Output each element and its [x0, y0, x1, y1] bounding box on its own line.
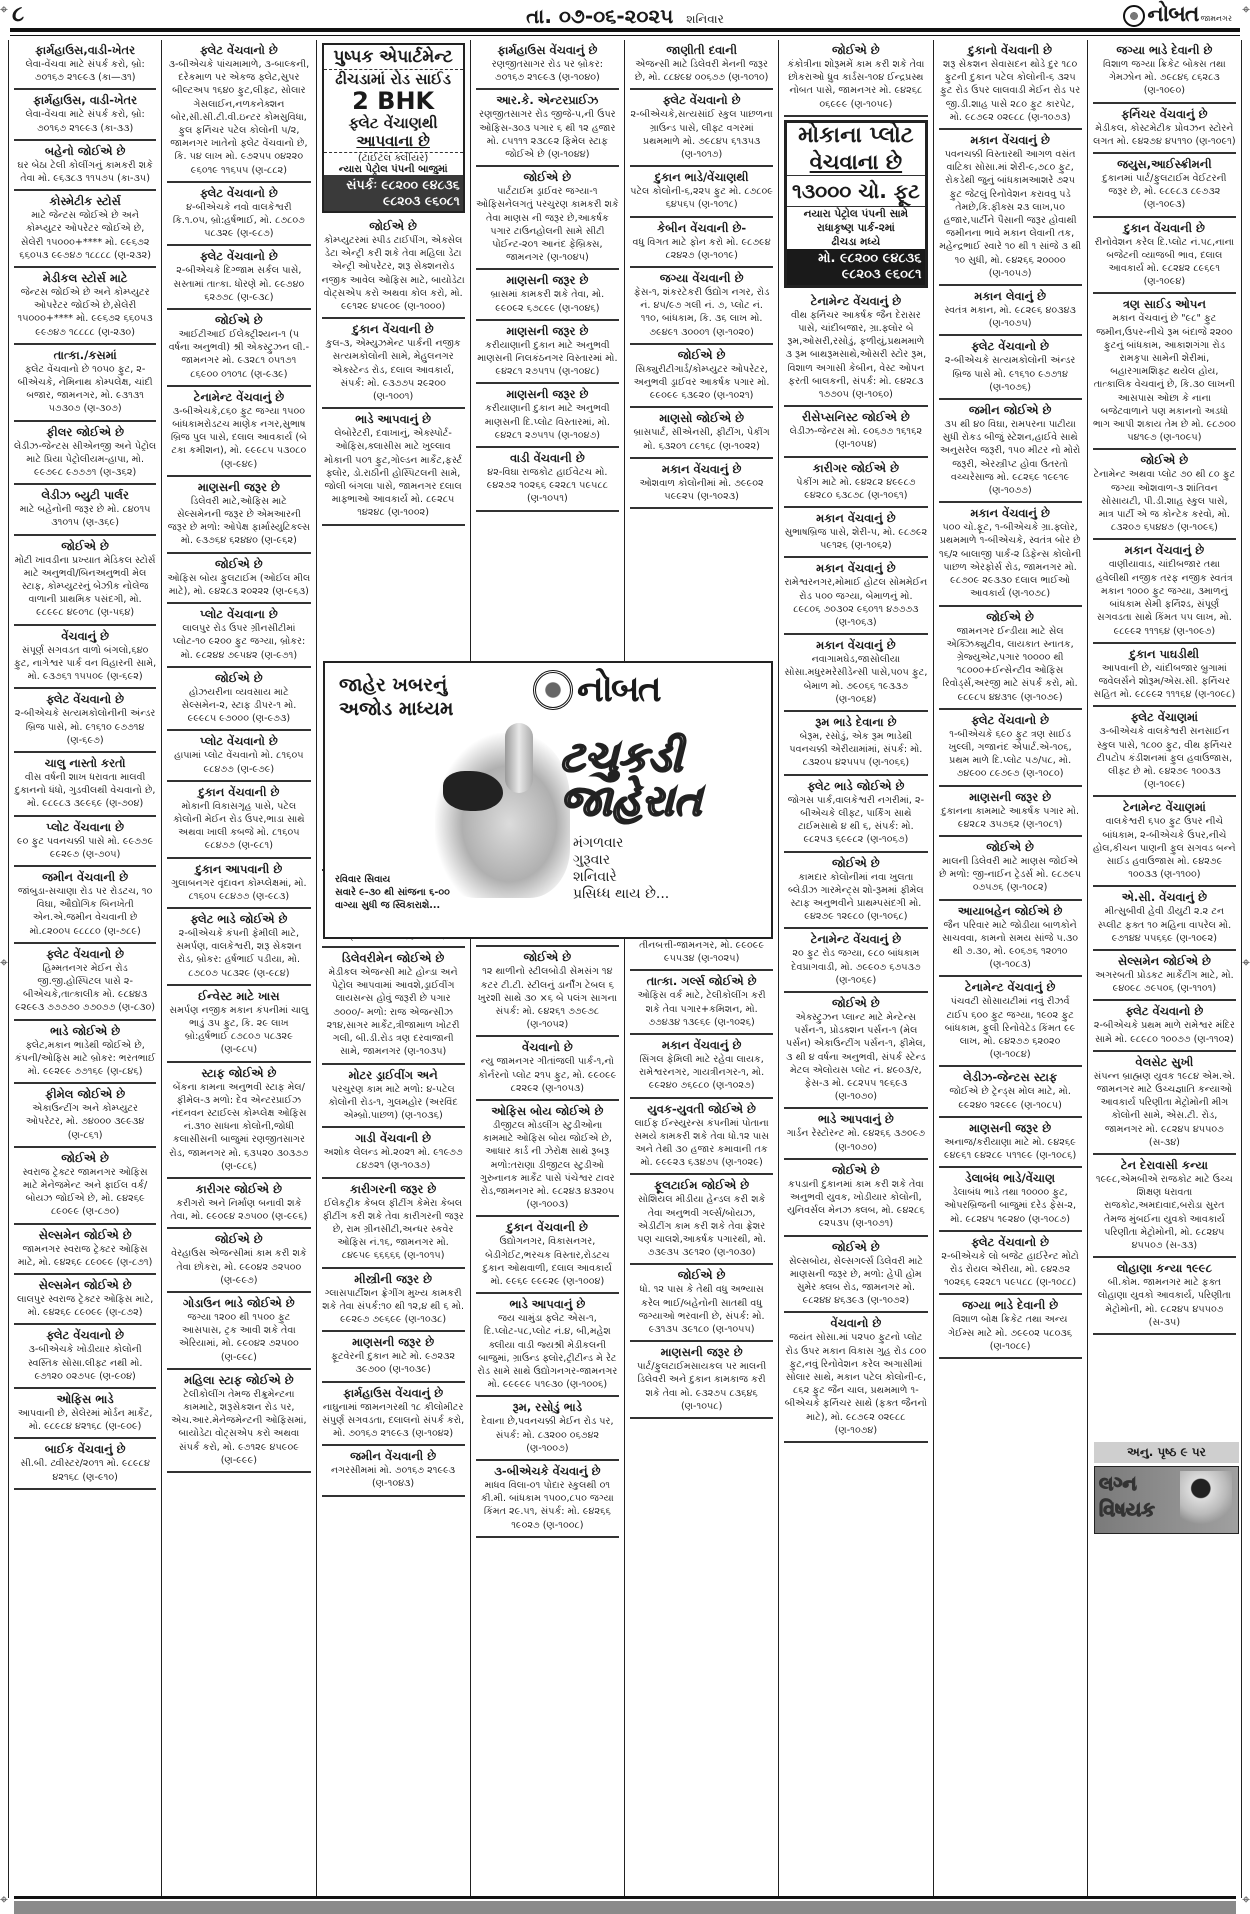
- ad-heading: ફ્લેટ વેંચવાનો છે: [630, 93, 773, 108]
- torn-paper-icon: [443, 771, 503, 811]
- ad-heading: ફીલર જોઈએ છે: [14, 425, 156, 440]
- ad-body: ઓશવાળ કોલોનીમાં મો. ૭૯૯૦૨ ૫૯૯૨૫ (ણ-૧૦૨૩): [630, 477, 773, 503]
- classified-ad: દુકાન ભાડે/વેંચાણથીપટેલ કોલોની-૬,૨૨૫ ફુટ…: [630, 167, 773, 217]
- ad-line: ઢીચડામાં રોડ સાઈડ: [324, 70, 463, 88]
- ad-body: સંપૂર્ણ સગવડત વાળો બંગલો,૬૪૦ ફુટ, નાગેશ્…: [14, 644, 156, 684]
- classified-ad: ટેનામેન્ટ વેંચાણમાંવાલકેશ્વરી ૬૫૦ ફુટ ઉપ…: [1093, 797, 1236, 887]
- classified-ad: રૂમ ભાડે દેવાના છેબેરૂમ, રસોડું, એક રૂમ …: [784, 712, 927, 776]
- classified-ad: ફ્લેટ વેંચવાનો છે૩-બીએચકે પાંચમામાળે, ૩-…: [167, 40, 310, 183]
- ad-heading: વેંચવાનું છે: [14, 629, 156, 644]
- ad-heading: બહેનો જોઈએ છે: [14, 144, 156, 159]
- brand-name: નોબત: [577, 669, 660, 711]
- ad-body: ઓફિસ વર્ક માટે, ટેલીકોલીંગ કરી શકે તેવા …: [630, 989, 773, 1029]
- ad-line: 2 BHK: [324, 88, 463, 114]
- ad-body: લેડીઝ-જેન્ટસ સીએનજી અને પેટ્રોલ માટે પ્ર…: [14, 440, 156, 480]
- classified-ad: જોઈએ છેવેરહાઉસ એજન્સીમાં કામ કરી શકે તેવ…: [167, 1229, 310, 1293]
- ad-body: રામેશ્વરનગર,મોમાઈ હોટલ સોમમેઈન રોડ ૫૦૦ જ…: [784, 576, 927, 629]
- ad-body: પવનચક્કી વિસ્તારથી આગળ વસંત વાટિકા સોસા.…: [939, 148, 1082, 280]
- ad-body: ૫૦૦ ચો.ફૂટ, ૧-બીએચકે ગ્રા.ફ્લોર, પ્રથમમા…: [939, 521, 1082, 600]
- ad-body: જયંત સોસા.માં ૫૨૫૦ ફુટનો પ્લોટ રોડ ઉપર મ…: [784, 1331, 927, 1437]
- classified-ad: જોઈએ છેધો. ૧૨ પાસ કે તેથી વધુ અભ્યાસ કરે…: [630, 1265, 773, 1342]
- ad-body: વીથ ફર્નિચર આકર્ષક જૈન દેરાસર પાસે, ચાંદ…: [784, 309, 927, 401]
- ad-body: ટેનામેન્ટ અથવા પ્લોટ ૭૦ થી ૮૦ ફુટ જગ્યા …: [1093, 468, 1236, 534]
- matrimonial-title: લગ્ન વિષયક: [1099, 1471, 1155, 1523]
- ad-body: ફ્લેટ વેંચવાનો છે ૧૦૫૦ ફુટ, ૨-બીએચકે, ને…: [14, 363, 156, 416]
- contact-phone: સંપર્કઃ ૯૮૨૦૦ ૯૪૮૩૬: [327, 177, 460, 193]
- ad-heading: ફૂલટાઈમ જોઈએ છે: [630, 1178, 773, 1193]
- classified-ad: મકાન વેંચવાનું છેઓશવાળ કોલોનીમાં મો. ૭૯૯…: [630, 459, 773, 509]
- promo-day: ગુરૂવાર: [573, 852, 669, 869]
- ad-body: જાંબુડા-સચાણા રોડ પર રોડટચ, ૧૦ વિઘા, ઔદ્…: [14, 885, 156, 938]
- classified-ad: જોઈએ છેસિક્યુરીટીગાર્ડ/કોમ્પ્યુટર ઓપરેટર…: [630, 345, 773, 409]
- logo-name: નોબત: [1147, 2, 1198, 27]
- classified-ad: મકાન વેંચવાનું છેસુભાષબ્રિજ પાસે, શેરી-૫…: [784, 508, 927, 558]
- classified-ad: ઓફિસ ભાડેઆપવાની છે, સેલેરમાં મોર્ડન માર્…: [14, 1389, 156, 1439]
- classified-ad: ફૂલટાઈમ જોઈએ છેસોશિયલ મીડીયા હેન્ડલ કરી …: [630, 1175, 773, 1265]
- ad-body: ડેલાબંધ ભાડે તથા ૧૦૦૦૦ ફુટ, ઓપરબ્રિજની બ…: [939, 1186, 1082, 1226]
- classified-ad: માણસની જરૂર છેકરીયાણાની દુકાન માટે અનુભવ…: [476, 321, 619, 385]
- ad-body: વાલકેશ્વરી ૬૫૦ ફુટ ઉપર નીચે બાંધકામ, ૨-બ…: [1093, 815, 1236, 881]
- ad-heading: જમીન વેંચવાની છે: [14, 870, 156, 885]
- ad-heading: ફાર્મહાઉસ વેંચવાનું છે: [322, 1386, 465, 1401]
- classified-ad: જોઈએ છેકપડાની દુકાનમાં કામ કરી શકે તેવા …: [784, 1160, 927, 1237]
- ad-heading: જોઈએ છે: [784, 996, 927, 1011]
- ad-heading: રૂમ ભાડે દેવાના છે: [784, 715, 927, 730]
- ad-body: ઓફિસ બોય ફુલટાઈમ (ઓઈલ મીલ માટે), મો. ૯૪૨…: [167, 572, 310, 598]
- classified-ad: દુકાન વેંચવાની છેઉદ્યોગનગર, વિકાસનગર, બે…: [476, 1217, 619, 1294]
- ad-body: ૪૨-વિઘા રાજકોટ હાઈવેટચ મો. ૯૪૨૭૨ ૧૦૨૬૬ ૯…: [476, 466, 619, 506]
- ad-body: બ્રાસપાર્ટ, સીએનસી, ફીટીંગ, પેકીંગ મો. ૬…: [630, 426, 773, 452]
- classified-ad: જોઈએ છેપાર્ટટાઈમ ડ્રાઈવર જગ્યા-૧ ઓફિસનેલ…: [476, 167, 619, 270]
- ad-heading: ઈન્વેસ્ટ માટે ખાસ: [167, 989, 310, 1004]
- ad-heading: ફ્લેટ ભાડે જોઈએ છે: [167, 912, 310, 927]
- ad-contact: સંપર્કઃ ૯૮૨૦૦ ૯૪૮૩૬ ૯૮૨૦૩ ૯૬૦૮૧: [324, 175, 463, 211]
- promo-line: જાહેર ખબરનું: [339, 673, 453, 697]
- promo-days: મંગળવાર ગુરૂવાર શનિવારે પ્રસિધ્ધ થાય છે.…: [573, 835, 669, 903]
- mokana-plot-ad: મોકાના પ્લોટ વેચવાના છે ૧૩૦૦૦ ચો. ફૂટ નય…: [784, 120, 927, 288]
- ad-line: નયારા પેટ્રોલ પંપની સામે: [787, 207, 924, 221]
- classified-ad: પ્લોટ વેંચવાના છે૯૦ ફુટ પવનચક્કી પાસે મો…: [14, 817, 156, 867]
- ad-line: ન્યારા પેટ્રોલ પંપની બાજુમાં: [324, 164, 463, 175]
- thumb-icon: [505, 723, 533, 793]
- ad-heading: ફ્લેટ વેંચવાનો છે: [167, 249, 310, 264]
- classified-ad: તાત્કા. ગર્લ્સ જોઈએ છેઓફિસ વર્ક માટે, ટે…: [630, 971, 773, 1035]
- column-6: જોઈએ છેકંકોત્રીના શોરૂમમેં કામ કરી શકે ત…: [779, 40, 933, 1898]
- contact-phone: ૯૮૨૦૩ ૯૬૦૮૧: [790, 267, 921, 283]
- ad-heading: વાડી વેંચવાની છે: [476, 451, 619, 466]
- ad-heading: ફ્લેટ વેંચવાનો છે: [14, 1328, 156, 1343]
- ad-heading: જયુસ,આઈસ્ક્રીમની: [1093, 157, 1236, 172]
- ad-heading: ટેન દેરાવાસી કન્યા: [1093, 1158, 1236, 1173]
- ad-heading: જોઈએ છે: [476, 950, 619, 965]
- ad-heading: જોઈએ છે: [784, 1240, 927, 1255]
- ad-title: પુષ્પક એપાર્ટમેન્ટ: [324, 45, 463, 70]
- ad-line: વેચવાના છે: [787, 149, 924, 176]
- ad-heading: જોઈએ છે: [630, 348, 773, 363]
- ad-heading: જોઈએ છે: [322, 219, 465, 234]
- promo-title-line: ટચુકડી: [560, 735, 702, 779]
- ad-title: મોકાના પ્લોટ: [787, 123, 924, 149]
- ad-body: પંચવટી સોસાયટીમાં નવું રીઝર્વ ટાઈપ ૬૦૦ ફ…: [939, 995, 1082, 1061]
- ad-heading: માણસની જરૂર છે: [322, 1335, 465, 1350]
- classified-ad: કેબીન વેંચવાની છે-વધુ વિગત માટે ફોન કરો …: [630, 218, 773, 268]
- ad-heading: જગ્યા ભાડે દેવાની છે: [939, 1298, 1082, 1313]
- ad-body: એકાઉન્ટીંગ અને કોમ્પ્યુટર ઓપરેટર, મો. ૭૪…: [14, 1102, 156, 1142]
- classified-ad: ફ્લેટ વેંચવાનો છે૨-બીએચકે લો બજેટ હાઈરેન…: [939, 1232, 1082, 1296]
- ad-body: ૩-બીએચકે,૮૬૦ ફુટ જગ્યા ૧૫૦૦ બાંધકામરોડટચ…: [167, 405, 310, 471]
- ad-body: ડીજીટલ મોડલીંગ સ્ટુડીઓના કામમાટે ઓફિસ બો…: [476, 1119, 619, 1211]
- ad-body: બેરૂમ, રસોડું, એક રૂમ ભાડેથી પવનચક્કી એર…: [784, 730, 927, 770]
- logo-city: જામનગર: [1201, 14, 1232, 24]
- classified-ad: જોઈએ છેકોમ્પ્યુટરમાં સ્પીડ ટાઈપીંગ, એક્સ…: [322, 216, 465, 319]
- registration-mark-icon: ⌖: [0, 955, 8, 971]
- ad-body: સુભાષબ્રિજ પાસે, શેરી-૫, મો. ૯૮૭૯૨ ૫૯૧૨૬…: [784, 526, 927, 552]
- classified-ad: ફીલર જોઈએ છેલેડીઝ-જેન્ટસ સીએનજી અને પેટ્…: [14, 422, 156, 486]
- ad-body: કુલ-૩, એમ્યુઝમેન્ટ પાર્કની નજીક સત્યમકોલ…: [322, 337, 465, 403]
- classified-ad: માણસની જરૂર છેડિલેવરી માટે,ઓફિસ માટે સેલ…: [167, 477, 310, 554]
- ad-heading: કેબીન વેંચવાની છે-: [630, 221, 773, 236]
- ad-heading: દુકાન ભાડે/વેંચાણથી: [630, 170, 773, 185]
- classified-ad: મકાન લેવાનું છેસ્વતંત્ર મકાન, મો. ૯૮૨૯૬ …: [939, 286, 1082, 336]
- classified-ad: જોઈએ છેસ્વરાજ ટ્રેક્ટર જામનગર ઓફિસ માટે …: [14, 1148, 156, 1225]
- ad-heading: સેલ્સમેન જોઈએ છે: [14, 1278, 156, 1293]
- classified-ad: ફ્લેટ વેંચવાનો છે૪-બીએચકે નવો વાલકેશ્વરી…: [167, 183, 310, 247]
- classified-ad: મેડીકલ સ્ટોર્સ માટેજેન્ટસ જોઈએ છે અને કો…: [14, 268, 156, 345]
- ad-heading: ફ્લેટ વેંચવાનો છે: [167, 43, 310, 58]
- classified-ad: જોઈએ છેટેનામેન્ટ અથવા પ્લોટ ૭૦ થી ૮૦ ફુટ…: [1093, 450, 1236, 540]
- promo-day: મંગળવાર: [573, 835, 669, 852]
- ad-body: ૧૯૯૮,એમબીએ રાજકોટ માટે ઉચ્ચ શિક્ષણ ધરાવત…: [1093, 1173, 1236, 1252]
- ad-body: બી.કોમ. જામનગર માટે ફક્ત લોહાણા યુવકો આવ…: [1093, 1276, 1236, 1329]
- classified-ad: જોઈએ છે૧૨ થાળીનો સ્ટીલબોડી સેમસંગ ૧૪ કટર…: [476, 947, 619, 1037]
- classified-ad: ફ્લેટ વેંચવાનો છે૨-બીએચકે દિગ્જામ સર્કલ …: [167, 246, 310, 310]
- classified-ad: ઓફિસ બોય જોઈએ છેડીજીટલ મોડલીંગ સ્ટુડીઓના…: [476, 1101, 619, 1217]
- ad-heading: સેલ્સમેન જોઈએ છે: [1093, 954, 1236, 969]
- ad-body: ગ્લાસપાર્ટીશન ફ્રેગીંગ મુખ્ય કામકરી શકે …: [322, 1287, 465, 1327]
- ad-line: ફ્લેટ વેંચાણથી: [324, 114, 463, 132]
- ad-heading: જોઈએ છે: [784, 43, 927, 58]
- ad-area: ૧૩૦૦૦ ચો. ફૂટ: [787, 176, 924, 207]
- ad-heading: કારીગરની જરૂર છે: [322, 1182, 465, 1197]
- ad-heading: માણસની જરૂર છે: [167, 480, 310, 495]
- ad-heading: મોટર ડ્રાઈવીંગ અને: [322, 1068, 465, 1083]
- ad-body: ગાર્ડન રેસ્ટોરન્ટ મો. ૯૪૨૬૬ ૩૭૦૯૭ (ણ-૧૦૭…: [784, 1127, 927, 1153]
- ad-heading: મહિલા સ્ટાફ જોઈએ છે: [167, 1373, 310, 1388]
- ad-heading: જગ્યા ભાડે દેવાની છે: [1093, 43, 1236, 58]
- classified-ad: સ્ટાફ જોઈએ છેબેંકના કામના અનુભવી સ્ટાફ મ…: [167, 1063, 310, 1179]
- classified-ad: ફ્લેટ ભાડે જોઈએ છેજોગસ પાર્ક,વાલકેશ્વરી …: [784, 776, 927, 853]
- classified-ad: વેંચવાનો છેન્યુ જામનગર ગીતાંજલી પાર્ક-૧,…: [476, 1037, 619, 1101]
- classified-ad: ગોડાઉન ભાડે જોઈએ છેજગ્યા ૧૨૦૦ થી ૧૫૦૦ ફુ…: [167, 1293, 310, 1370]
- classified-ad: ફ્લેટ વેંચવાનો છે૨-બીએચકે સત્યમકોલોની અં…: [939, 336, 1082, 400]
- ad-body: લાઈફ ઈન્સ્યુરન્સ કંપનીમાં પોતાના સમયે કા…: [630, 1117, 773, 1170]
- classified-ad: ભાડે આપવાનું છેજય ચામુંડા ફ્લેટ એસ-૧, દિ…: [476, 1294, 619, 1397]
- ad-heading: ટેનામેન્ટ વેંચવાનું છે: [784, 932, 927, 947]
- registration-mark-icon: ⌖: [0, 1892, 8, 1908]
- ad-body: શરૂ સેકશન સેવાસદન થોડે દુર ૧૮૦ ફુટની દુક…: [939, 58, 1082, 124]
- classified-ad: માણસની જરૂર છેફૂટવેરની દુકાન માટે મો. ૯૭…: [322, 1332, 465, 1382]
- ad-body: દુકાનમાં પાર્ટ/ફુલટાઈમ વેઈટરની જરૂર છે, …: [1093, 172, 1236, 212]
- classified-ad: મકાન વેંચવાનું છે૫૦૦ ચો.ફૂટ, ૧-બીએચકે ગ્…: [939, 503, 1082, 606]
- classified-ad: બહેનો જોઈએ છેઘર બેઠા ટેલી કોલીંગનું કામક…: [14, 141, 156, 191]
- ad-heading: જોઈએ છે: [1093, 453, 1236, 468]
- ad-heading: જમીન વેંચવાની છે: [322, 1449, 465, 1464]
- ad-heading: લેડીઝ બ્યુટી પાર્લર: [14, 488, 156, 503]
- classified-ad: ભાડે જોઈએ છેફ્લેટ,મકાન ભાડેથી જોઈએ છે, ક…: [14, 1021, 156, 1085]
- ad-heading: સેલ્સમેન જોઈએ છે: [14, 1228, 156, 1243]
- ad-heading: દુકાનો વેંચવાની છે: [939, 43, 1082, 58]
- classified-ad: લેડીઝ બ્યુટી પાર્લરમાટે બહેનોની જરૂર છે …: [14, 485, 156, 535]
- ad-heading: મકાન વેંચવાનું છે: [630, 462, 773, 477]
- classified-ad: ફાર્મહાઉસ વેંચવાનું છેરણજીતસાગર રોડ પર બ…: [476, 40, 619, 90]
- ad-body: આઈટીઆઈ ઈલેક્ટ્રીશ્યન-૧ (૫ વર્ષના અનુભવી)…: [167, 328, 310, 381]
- ad-body: ૪-બીએચકે નવો વાલકેશ્વરી કિ.૧.૦૫, બ્રો:હર…: [167, 201, 310, 241]
- ad-body: પાર્ટટાઈમ ડ્રાઈવર જગ્યા-૧ ઓફિસનેલગતું પર…: [476, 185, 619, 264]
- classified-ad: દુકાન વેંચવાની છેમોકાની વિકાસગૃહ પાસે, પ…: [167, 782, 310, 859]
- classified-ad: જોઈએ છેઆઈટીઆઈ ઈલેક્ટ્રીશ્યન-૧ (૫ વર્ષના …: [167, 310, 310, 387]
- ad-body: ૯૦ ફુટ પવનચક્કી પાસે મો. ૯૯૭૭૯ ૯૯૨૯૭ (ણ-…: [14, 835, 156, 861]
- ad-body: ગુલાબનગર વૃંદાવન કોમ્પ્લેક્ષમાં, મો. ૮૧૬…: [167, 877, 310, 903]
- classified-ad: ફાર્મહાઉસ, વાડી-ખેતરલેવા-વેંચવા માટે સંપ…: [14, 90, 156, 140]
- ad-body: ૩૫ થી ૪૦ વિઘા, રામપરના પાટીયા સુધી રોકડ …: [939, 418, 1082, 497]
- ad-body: લેબોરેટરી, દવાખાનું, એક્સ્પોર્ટ-ઓફિસ,ક્લ…: [322, 427, 465, 519]
- ad-heading: ટેનામેન્ટ વેંચવાનું છે: [167, 390, 310, 405]
- nobat-classified-promo: જાહેર ખબરનું અજોડ માધ્યમ નોબત ટચુકડી જાહ…: [323, 661, 773, 939]
- classified-ad: કારીગરની જરૂર છેઈલેકટ્રીક કેબલ ફીટીંગ કે…: [322, 1179, 465, 1269]
- ad-body: કોમ્પ્યુટરમાં સ્પીડ ટાઈપીંગ, એક્સેલ ડેટા…: [322, 234, 465, 313]
- ad-heading: ફીમેલ જોઈએ છે: [14, 1087, 156, 1102]
- classified-ad: કારીગર જોઈએ છેકરીગરો અને નિર્માણ બનાવી શ…: [167, 1179, 310, 1229]
- ad-body: સંપન્ન બ્રાહ્મણ યુવક ૧૯૮૪ એમ.એ. જામનગર મ…: [1093, 1070, 1236, 1149]
- ad-body: પટેલ કોલોની-૬,૨૨૫ ફુટ મો. ૮૭૮૦૯ ૬૪૫૬૫ (ણ…: [630, 185, 773, 211]
- classified-ad: જોઈએ છેમાલની ડિલેવરી માટે માણસ જોઈએ છે મ…: [939, 837, 1082, 901]
- ad-body: જોઈએ છે ટ્રેન્ડ્સ મોલ માટે, મો. ૯૯૨૪૦ ૧૨…: [939, 1085, 1082, 1111]
- ad-heading: એ.સી. વેંચવાનું છે: [1093, 890, 1236, 905]
- classified-ad: જોઈએ છેઓફિસ બોય ફુલટાઈમ (ઓઈલ મીલ માટે), …: [167, 554, 310, 604]
- ad-body: સ્વરાજ ટ્રેક્ટર જામનગર ઓફિસ માટે મેનેજમે…: [14, 1166, 156, 1219]
- ad-heading: ભાડે જોઈએ છે: [14, 1024, 156, 1039]
- ad-body: માલની ડિલેવરી માટે માણસ જોઈએ છે મળો: જી-…: [939, 855, 1082, 895]
- couple-illustration-icon: [1180, 1471, 1232, 1529]
- ad-body: વધુ વિગત માટે ફોન કરો મો. ૯૮૭૯૪ ૮૨૪૨૭ (ણ…: [630, 236, 773, 262]
- ad-body: ૨-બીએચકે સત્યમકોલોનીની અંન્ડર બ્રિજ પાસે…: [14, 707, 156, 747]
- ad-body: મેડીકલ, કોસ્ટમેટીક પ્રોવઝન સ્ટોરને લગત મ…: [1093, 122, 1236, 148]
- classified-ad: જગ્યા વેંચવાની છેફેસ-૧, શંકરટેકરી ઉદ્યોગ…: [630, 268, 773, 345]
- classified-ad: દુકાનો વેંચવાની છેશરૂ સેકશન સેવાસદન થોડે…: [939, 40, 1082, 130]
- ad-heading: જોઈએ છે: [784, 856, 927, 871]
- classified-ad: એ.સી. વેંચવાનું છેમીત્સુબીવી હેવી ડીયુટી…: [1093, 887, 1236, 951]
- classified-ad: બાઈક વેંચવાનું છેસી.બી. ટ્વીસ્ટર/૨૦૧૧ મો…: [14, 1439, 156, 1489]
- ad-body: ૨-બીએચકે સત્યમકોલોની અંન્ડર બ્રિજ પાસે મ…: [939, 354, 1082, 394]
- ad-heading: દુકાન પાઘડીથી: [1093, 647, 1236, 662]
- ad-body: દુકાનના કામમાટે આકર્ષક પગાર મો. ૯૪૨૮૨ ૩૫…: [939, 805, 1082, 831]
- classified-ad: ડેલાબંધ ભાડે/વેંચાણડેલાબંધ ભાડે તથા ૧૦૦૦…: [939, 1168, 1082, 1232]
- classified-ad: વેંચવાનો છેજયંત સોસા.માં ૫૨૫૦ ફુટનો પ્લો…: [784, 1313, 927, 1443]
- ad-heading: લેડીઝ-જેન્ટસ સ્ટાફ: [939, 1070, 1082, 1085]
- ad-heading: માણસની જરૂર છે: [630, 1345, 773, 1360]
- ad-body: ૨૦ ફુટ રોડ જગ્યા, ૯૮૦ બાંધકામ દેવપ્રાગવા…: [784, 947, 927, 987]
- ad-body: જગ્યા ૧૨૦૦ થી ૧૫૦૦ ફુટ આસપાસ, ટ્રક આવી શ…: [167, 1311, 310, 1364]
- ad-body: ટેલીકોલીંગ તેમજ રીક્રુમેન્ટના કામમાટે, શ…: [167, 1388, 310, 1467]
- header-rule: [10, 28, 1240, 32]
- ad-heading: માણસની જરૂર છે: [939, 790, 1082, 805]
- classified-ad: મકાન વેંચવાનું છેવાણીયાવાડ, ચાંદીબજાર તથ…: [1093, 540, 1236, 643]
- ad-body: દેવાના છે,પવનચક્કી મેઈન રોડ પર, સંપર્ક: …: [476, 1415, 619, 1455]
- ad-heading: ચાલુ નાસ્તો કરતો: [14, 756, 156, 771]
- promo-day: પ્રસિધ્ધ થાય છે...: [573, 886, 669, 903]
- classified-ad: દુકાન પાઘડીથીઆપવાની છે, ચાંદીબજાર બ્રુગા…: [1093, 644, 1236, 708]
- ad-heading: મીસ્ત્રીની જરૂર છે: [322, 1272, 465, 1287]
- classified-ad: ટેનામેન્ટ વેંચવાનું છે૨૦ ફુટ રોડ જગ્યા, …: [784, 929, 927, 993]
- matrimonial-section-banner: લગ્ન વિષયક: [1094, 1466, 1239, 1534]
- classified-ad: ફાર્મહાઉસ વેંચવાનું છેનાઘુનામાં જામનગરથી…: [322, 1383, 465, 1447]
- ad-body: મોકાની વિકાસગૃહ પાસે, પટેલ કોલોની મેઈન ર…: [167, 800, 310, 853]
- ad-body: માટે બહેનોની જરૂર છે મો. ૮૪૦૧૫ ૩૧૦૧૫ (ણ-…: [14, 503, 156, 529]
- classified-ad: મકાન વેંચવાનું છેસિંગલ ફેમિલી માટે રહેવા…: [630, 1035, 773, 1099]
- classified-ad: જોઈએ છેહોઝયરીના વ્યવસાય માટે સેલ્સમેન-૨,…: [167, 668, 310, 732]
- ad-body: રીનોવેશન કરેલ દિ.પ્લોટ નં.૫૮,નાના બજેટની…: [1093, 236, 1236, 289]
- classified-ad: જોઈએ છેજામનગર ઈન્ડીયા માટે સેલ એક્ઝિક્યુ…: [939, 607, 1082, 710]
- promo-note-line: રવિવાર સિવાય: [335, 873, 450, 886]
- footer-rule: [14, 1896, 1236, 1899]
- ad-heading: માણસો જોઈએ છે: [630, 411, 773, 426]
- classified-ad: માણસની જરૂર છેકરીયાણાની દુકાન માટે અનુભવ…: [476, 384, 619, 448]
- ad-body: ઉદ્યોગનગર, વિકાસનગર, બેડીગેઈટ,ભરચક વિસ્ત…: [476, 1235, 619, 1288]
- ad-body: બેંકના કામના અનુભવી સ્ટાફ મેલ/ફીમેલ-૩ મળ…: [167, 1081, 310, 1173]
- ad-body: ફેસ-૧, શંકરટેકરી ઉદ્યોગ નગર, રોડ નં. ૪૫/…: [630, 286, 773, 339]
- ad-body: ૨-બીએચકે લો બજેટ હાઈરેન્ટ મોટો રોડ રોયલ …: [939, 1250, 1082, 1290]
- matrimonial-title-line: લગ્ન: [1099, 1471, 1155, 1497]
- classified-ad: મકાન વેંચવાનું છેનવાગામઘેડ,જાસોલીયા સોસા…: [784, 635, 927, 712]
- classified-ad: આર.કે. એન્ટરપ્રાઈઝરણજીતસાગર રોડ જીજે-૫,ન…: [476, 90, 619, 167]
- ad-heading: જોઈએ છે: [630, 1268, 773, 1283]
- ad-heading: આયાબહેન જોઈએ છે: [939, 904, 1082, 919]
- ad-body: સ્વતંત્ર મકાન, મો. ૯૮૨૯૬ ૪૦૩૪૩ (ણ-૧૦૭૫): [939, 304, 1082, 330]
- ad-body: સિંગલ ફેમિલી માટે રહેવા લાયક, રામેશ્વરનગ…: [630, 1053, 773, 1093]
- classified-ad: ૩-બીએચકે વેંચવાનું છેમાધવ વિલા-૦૧ પોદાર …: [476, 1461, 619, 1538]
- classified-ad: રીસેપ્સનિસ્ટ જોઈએ છેલેડીઝ-જેન્ટસ મો. ૯૦૬…: [784, 407, 927, 457]
- classified-ad: ભાડે આપવાનું છેગાર્ડન રેસ્ટોરન્ટ મો. ૯૪૨…: [784, 1109, 927, 1159]
- ad-heading: ભાડે આપવાનું છે: [784, 1112, 927, 1127]
- ad-body: ઘર બેઠા ટેલી કોલીંગનું કામકરી શકે તેવા મ…: [14, 159, 156, 185]
- ad-heading: રીસેપ્સનિસ્ટ જોઈએ છે: [784, 410, 927, 425]
- continued-on-page-9: અનુ. પૃષ્ઠ ૯ પર: [1094, 1442, 1239, 1463]
- ad-heading: ભાડે આપવાનું છે: [476, 1297, 619, 1312]
- classified-ad: ગાડી વેંચવાની છેઅશોક લેલન્ડ મો.૨૦૨૧ મો. …: [322, 1128, 465, 1178]
- ad-heading: કારીગર જોઈએ છે: [784, 461, 927, 476]
- classified-ad: વેલસેટ સુખીસંપન્ન બ્રાહ્મણ યુવક ૧૯૮૪ એમ.…: [1093, 1052, 1236, 1155]
- ad-heading: વેલસેટ સુખી: [1093, 1055, 1236, 1070]
- classified-ad: ફાર્મહાઉસ,વાડી-ખેતરલેવા-વેંચવા માટે સંપર…: [14, 40, 156, 90]
- ad-body: એજન્સી માટે ડિલેવરી મેનની જરૂર છે, મો. ૮…: [630, 58, 773, 84]
- ad-body: ધો. ૧૨ પાસ કે તેથી વધુ અભ્યાસ કરેલ ભાઈ/બ…: [630, 1283, 773, 1336]
- column-7: દુકાનો વેંચવાની છેશરૂ સેકશન સેવાસદન થોડે…: [934, 40, 1088, 1898]
- promo-note: રવિવાર સિવાય સવારે ૯-૩૦ થી સાંજના ૬-૦૦ વ…: [335, 873, 450, 912]
- classified-ad: જમીન વેંચવાની છેનગરસીમમાં મો. ૭૦૧૬૭ ૨૧૯૯…: [322, 1446, 465, 1496]
- ad-body: માધવ વિલા-૦૧ પોદાર સ્કુલથી ૦૧ કી.મી. બાં…: [476, 1479, 619, 1532]
- classified-ad: વાડી વેંચવાની છે૪૨-વિઘા રાજકોટ હાઈવેટચ મ…: [476, 448, 619, 512]
- ad-body: આપવાની છે, સેલેરમાં મોર્ડન માર્કેટ, મો. …: [14, 1407, 156, 1433]
- ad-heading: માણસની જરૂર છે: [939, 1121, 1082, 1136]
- ad-heading: સ્ટાફ જોઈએ છે: [167, 1066, 310, 1081]
- classified-ad: જોઈએ છેએક્સ્ટ્રુઝન પ્લાન્ટ માટે મેન્ટેન્…: [784, 993, 927, 1109]
- classified-ad: જગ્યા ભાડે દેવાની છેવિશાળ બોક્ષ ક્રિકેટ …: [939, 1295, 1082, 1359]
- ad-body: નગરસીમમાં મો. ૭૦૧૬૭ ૨૧૯૯૩ (ણ-૧૦૪૩): [322, 1464, 465, 1490]
- ad-body: ૨-બીએચકે દિગ્જામ સર્કલ પાસે, સસ્તામાં તા…: [167, 264, 310, 304]
- ad-heading: ટેનામેન્ટ વેંચાણમાં: [1093, 800, 1236, 815]
- ad-body: રણજીતસાગર રોડ જીજે-૫,ની ઉપર ઓફિસ-૩૦૩ પગા…: [476, 108, 619, 161]
- promo-day: શનિવારે: [573, 869, 669, 886]
- classified-ad: વેંચવાનું છેસંપૂર્ણ સગવડત વાળો બંગલો,૬૪૦…: [14, 626, 156, 690]
- classified-ad: સેલ્સમેન જોઈએ છેઅગરબતી પ્રોડકટ માર્કેટીં…: [1093, 951, 1236, 1001]
- ad-body: ન્યુ જામનગર ગીતાંજલી પાર્ક-૧,નો કોર્નરનો…: [476, 1055, 619, 1095]
- date: તા. ૦૭-૦૬-૨૦૨૫: [526, 4, 673, 28]
- ad-body: સેલ્સબોય, સેલ્સગર્લ્સ ડિલેવરી માટે માણસન…: [784, 1255, 927, 1308]
- ad-heading: જગ્યા વેંચવાની છે: [630, 271, 773, 286]
- promo-note-line: સવારે ૯-૩૦ થી સાંજના ૬-૦૦: [335, 886, 450, 899]
- ad-body: અશોક લેલન્ડ મો.૨૦૨૧ મો. ૯૧૯૭૭ ૮૪૭૨૧ (ણ-૧…: [322, 1146, 465, 1172]
- ad-heading: જોઈએ છે: [14, 1151, 156, 1166]
- ad-heading: જોઈએ છે: [939, 840, 1082, 855]
- classified-ad: ફ્લેટ વેંચવાનો છે૧-બીએચકે ૬૯૦ ફુટ ત્રણ સ…: [939, 710, 1082, 787]
- ad-heading: બાઈક વેંચવાનું છે: [14, 1442, 156, 1457]
- ad-heading: ગાડી વેંચવાની છે: [322, 1131, 465, 1146]
- classified-ad: ચાલુ નાસ્તો કરતોવીસ વર્ષની શાખ ધરાવતા મા…: [14, 753, 156, 817]
- ad-body: હિમ્મતનગર મેઈન રોડ જી.જી.હોસ્પિટલ પાસે ૨…: [14, 962, 156, 1015]
- ad-heading: ફ્લેટ વેંચવાનો છે: [14, 947, 156, 962]
- ad-heading: જોઈએ છે: [784, 1163, 927, 1178]
- ad-heading: તાત્કા. ગર્લ્સ જોઈએ છે: [630, 974, 773, 989]
- column-1: ફાર્મહાઉસ,વાડી-ખેતરલેવા-વેંચવા માટે સંપર…: [8, 40, 162, 1898]
- classified-ad: માણસની જરૂર છેદુકાનના કામમાટે આકર્ષક પગા…: [939, 787, 1082, 837]
- ad-body: ૨-બીએચકે,સત્યસાંઈ સ્કુલ પાછળના ગ્રાઉન્ડ …: [630, 108, 773, 161]
- ad-line: (ટાઈટલ ક્લીયર): [324, 153, 463, 164]
- classified-ad: આયાબહેન જોઈએ છેજૈન પરિવાર માટે જોડીયા બા…: [939, 901, 1082, 978]
- ad-body: વાણીયાવાડ, ચાંદીબજાર તથા હવેલીથી નજીક તર…: [1093, 558, 1236, 637]
- classified-ad: ત્રણ સાઈડ ઓપનમકાન વેંચવાનું છે "૯૮" ફુટ …: [1093, 294, 1236, 450]
- ad-heading: મકાન વેંચવાનું છે: [939, 506, 1082, 521]
- ad-body: વેરહાઉસ એજન્સીમાં કામ કરી શકે તેવા છોકરા…: [167, 1247, 310, 1287]
- classified-ad: કોસ્મેટીક સ્ટોર્સમાટે જેન્ટસ જોઈએ છે અને…: [14, 191, 156, 268]
- ad-heading: જાણીતી દવાની: [630, 43, 773, 58]
- ad-body: કંકોત્રીના શોરૂમમેં કામ કરી શકે તેવા છોક…: [784, 58, 927, 111]
- classified-ad: માણસની જરૂર છેપાર્ટ/ફુલટાઈમસાયકલ પર માલન…: [630, 1342, 773, 1419]
- promo-note-line: વાગ્યા સુધી જ સ્વિકારાશે...: [335, 899, 450, 912]
- classified-ad: ટેનામેન્ટ વેંચવાનું છેવીથ ફર્નિચર આકર્ષક…: [784, 291, 927, 407]
- classified-ad: જાણીતી દવાનીએજન્સી માટે ડિલેવરી મેનની જર…: [630, 40, 773, 90]
- ad-body: લાલપુર રોડ ઉપર ગ્રીનસીટીમાં પ્લોટ-૧૦ ૯૨૦…: [167, 622, 310, 662]
- classified-ad: સેલ્સમેન જોઈએ છેલાલપુર સ્વરાજ ટ્રેક્ટર ઓ…: [14, 1275, 156, 1325]
- classified-ad: જોઈએ છેકામદાર કોલોનીમાં નવા ખુલતા બ્લેડી…: [784, 853, 927, 930]
- classified-ad: ફર્નિચર વેંચવાનું છેમેડીકલ, કોસ્ટમેટીક પ…: [1093, 104, 1236, 154]
- ad-heading: વેંચવાનો છે: [476, 1040, 619, 1055]
- ad-body: કરીગરો અને નિર્માણ બનાવી શકે તેવા, મો. ૯…: [167, 1197, 310, 1223]
- ad-heading: પ્લોટ વેંચવાના છે: [167, 607, 310, 622]
- footer-bar: [14, 1901, 1236, 1914]
- ad-heading: આર.કે. એન્ટરપ્રાઈઝ: [476, 93, 619, 108]
- registration-mark-icon: ⌖: [1242, 955, 1250, 971]
- classified-ad: લોહાણા કન્યા ૧૯૯૮બી.કોમ. જામનગર માટે ફક્…: [1093, 1258, 1236, 1335]
- ad-heading: મકાન વેંચવાનું છે: [939, 133, 1082, 148]
- ad-heading: દુકાન વેંચવાની છે: [167, 785, 310, 800]
- ad-heading: મકાન વેંચવાનું છે: [630, 1038, 773, 1053]
- ad-body: ફૂટવેરની દુકાન માટે મો. ૯૭૨૩૨ ૩૯૭૦૦ (ણ-૧…: [322, 1350, 465, 1376]
- classified-ad: ટેન દેરાવાસી કન્યા૧૯૯૮,એમબીએ રાજકોટ માટે…: [1093, 1155, 1236, 1258]
- ad-body: કપડાની દુકાનમાં કામ કરી શકે તેવા અનુભવી …: [784, 1178, 927, 1231]
- ad-heading: ફ્લેટ વેંચવાનો છે: [1093, 1004, 1236, 1019]
- classified-ad: મકાન વેંચવાનું છેરામેશ્વરનગર,મોમાઈ હોટલ …: [784, 558, 927, 635]
- ad-body: જોગસ પાર્ક,વાલકેશ્વરી નગરીમાં, ૨-બીએચકે …: [784, 794, 927, 847]
